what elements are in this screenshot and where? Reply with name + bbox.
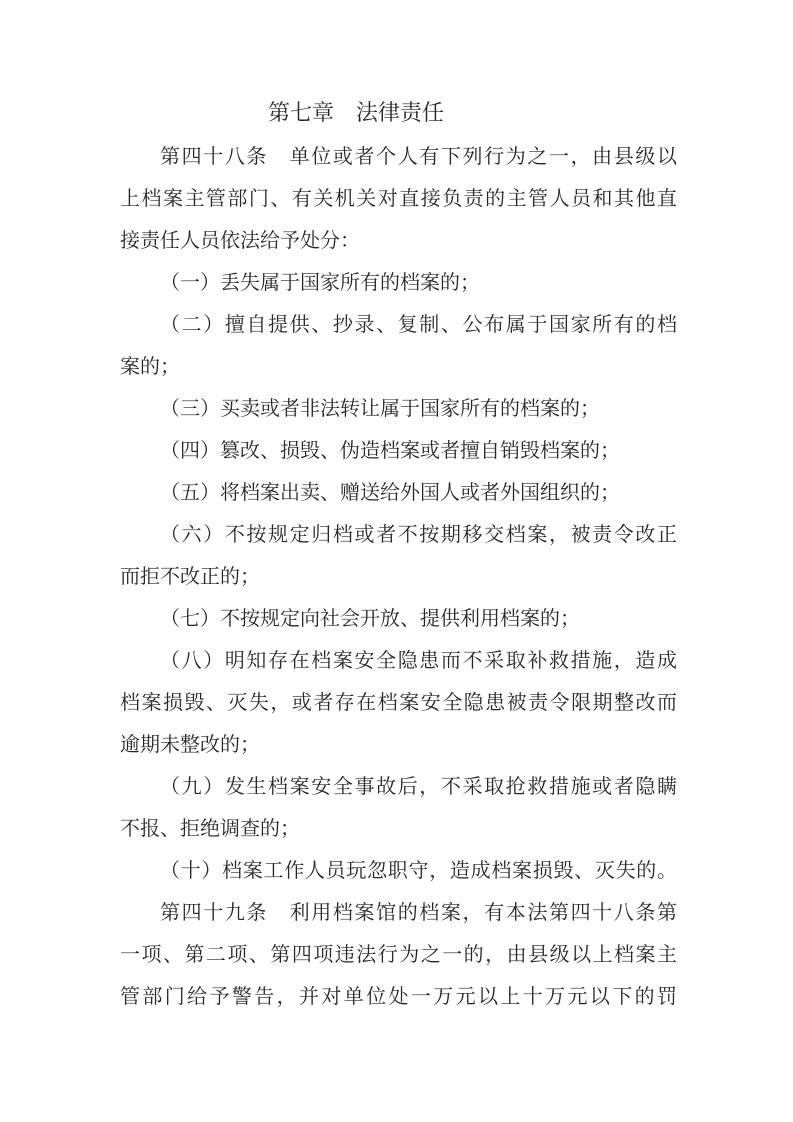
text-line: （十）档案工作人员玩忽职守，造成档案损毁、灭失的。 <box>120 849 677 891</box>
document-text-column: 第七章 法律责任 第四十八条 单位或者个人有下列行为之一，由县级以上档案主管部门… <box>120 93 677 1017</box>
text-line: （九）发生档案安全事故后，不采取抢救措施或者隐瞒 <box>120 765 677 807</box>
text-line: 一项、第二项、第四项违法行为之一的，由县级以上档案主 <box>120 933 677 975</box>
text-line: （三）买卖或者非法转让属于国家所有的档案的； <box>120 387 677 429</box>
text-line: 上档案主管部门、有关机关对直接负责的主管人员和其他直 <box>120 177 677 219</box>
text-line: 案的； <box>120 345 677 387</box>
text-line: 第四十八条 单位或者个人有下列行为之一，由县级以 <box>120 135 677 177</box>
text-line: （七）不按规定向社会开放、提供利用档案的； <box>120 597 677 639</box>
text-line: 第四十九条 利用档案馆的档案，有本法第四十八条第 <box>120 891 677 933</box>
chapter-heading: 第七章 法律责任 <box>120 93 677 135</box>
text-line: 逾期未整改的； <box>120 723 677 765</box>
text-line: （一）丢失属于国家所有的档案的； <box>120 261 677 303</box>
text-line: （六）不按规定归档或者不按期移交档案，被责令改正 <box>120 513 677 555</box>
text-line: （八）明知存在档案安全隐患而不采取补救措施，造成 <box>120 639 677 681</box>
document-page: 第七章 法律责任 第四十八条 单位或者个人有下列行为之一，由县级以上档案主管部门… <box>0 0 793 1122</box>
text-line: （四）篡改、损毁、伪造档案或者擅自销毁档案的； <box>120 429 677 471</box>
text-line: （二）擅自提供、抄录、复制、公布属于国家所有的档 <box>120 303 677 345</box>
document-body: 第四十八条 单位或者个人有下列行为之一，由县级以上档案主管部门、有关机关对直接负… <box>120 135 677 1017</box>
text-line: 不报、拒绝调查的； <box>120 807 677 849</box>
text-line: 接责任人员依法给予处分： <box>120 219 677 261</box>
text-line: （五）将档案出卖、赠送给外国人或者外国组织的； <box>120 471 677 513</box>
text-line: 档案损毁、灭失，或者存在档案安全隐患被责令限期整改而 <box>120 681 677 723</box>
text-line: 管部门给予警告，并对单位处一万元以上十万元以下的罚 <box>120 975 677 1017</box>
text-line: 而拒不改正的； <box>120 555 677 597</box>
